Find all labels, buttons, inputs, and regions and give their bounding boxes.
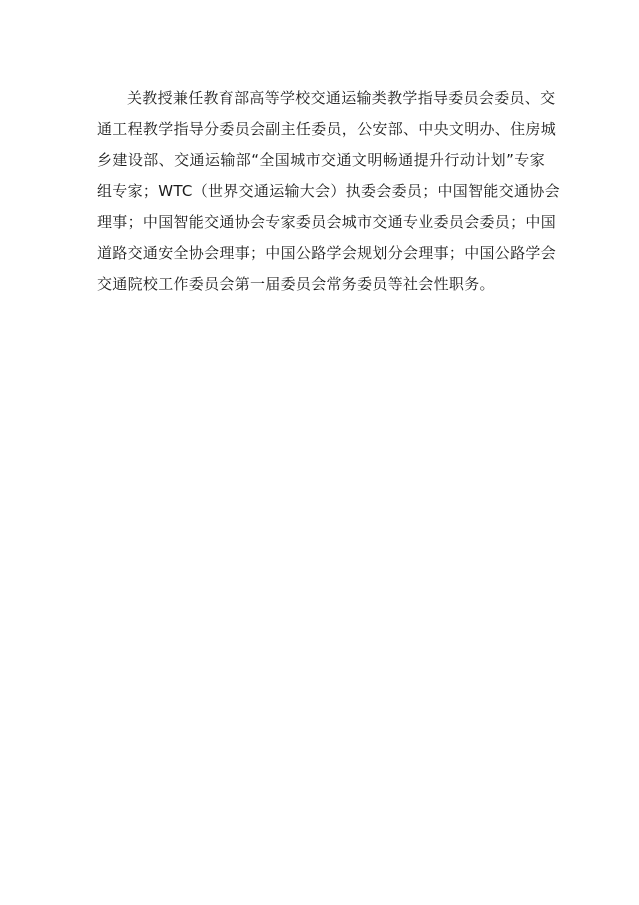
- paragraph-line: 交通院校工作委员会第一届委员会常务委员等社会性职务。: [97, 269, 545, 300]
- paragraph-line: 关教授兼任教育部高等学校交通运输类教学指导委员会委员、交: [97, 83, 545, 114]
- paragraph-line: 道路交通安全协会理事；中国公路学会规划分会理事；中国公路学会: [97, 238, 545, 269]
- paragraph-line: 组专家；WTC（世界交通运输大会）执委会委员；中国智能交通协会: [97, 176, 545, 207]
- document-page: 关教授兼任教育部高等学校交通运输类教学指导委员会委员、交 通工程教学指导分委员会…: [0, 0, 639, 905]
- paragraph-line: 理事；中国智能交通协会专家委员会城市交通专业委员会委员；中国: [97, 207, 545, 238]
- paragraph-line: 乡建设部、交通运输部“全国城市交通文明畅通提升行动计划”专家: [97, 145, 545, 176]
- paragraph-line: 通工程教学指导分委员会副主任委员，公安部、中央文明办、住房城: [97, 114, 545, 145]
- body-paragraph: 关教授兼任教育部高等学校交通运输类教学指导委员会委员、交 通工程教学指导分委员会…: [97, 83, 545, 300]
